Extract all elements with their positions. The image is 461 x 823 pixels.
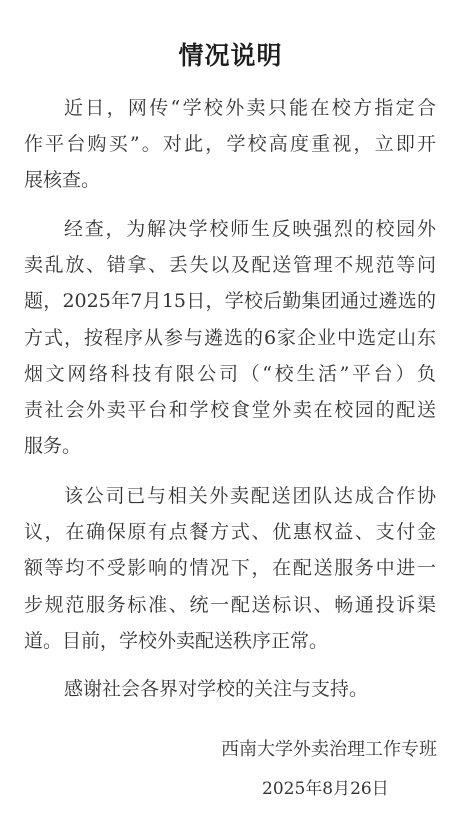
paragraph-3-line-5: 道。目前，学校外卖配送秩序正常。 bbox=[24, 629, 436, 653]
paragraph-2-line-7: 服务。 bbox=[24, 434, 436, 458]
paragraph-2-line-4: 方式，按程序从参与遴选的6家企业中选定山东 bbox=[24, 326, 436, 350]
paragraph-3-line-3: 额等均不受影响的情况下，在配送服务中进一 bbox=[24, 556, 436, 580]
document-date: 2025年8月26日 bbox=[262, 777, 389, 801]
paragraph-1-line-2: 作平台购买”。对此，学校高度重视，立即开 bbox=[24, 132, 436, 156]
signature: 西南大学外卖治理工作专班 bbox=[221, 738, 437, 762]
paragraph-1-line-1: 近日，网传“学校外卖只能在校方指定合 bbox=[64, 96, 436, 120]
paragraph-2-line-3: 题，2025年7月15日，学校后勤集团通过遴选的 bbox=[24, 289, 436, 313]
paragraph-2-line-6: 责社会外卖平台和学校食堂外卖在校园的配送 bbox=[24, 398, 436, 422]
paragraph-2-line-5: 烟文网络科技有限公司（“校生活”平台）负 bbox=[24, 362, 436, 386]
paragraph-2-line-2: 卖乱放、错拿、丢失以及配送管理不规范等问 bbox=[24, 253, 436, 277]
paragraph-1-line-3: 展核查。 bbox=[24, 168, 436, 192]
paragraph-3-line-2: 议，在确保原有点餐方式、优惠权益、支付金 bbox=[24, 520, 436, 544]
paragraph-3-line-4: 步规范服务标准、统一配送标识、畅通投诉渠 bbox=[24, 593, 436, 617]
document-title: 情况说明 bbox=[0, 36, 461, 72]
paragraph-4-line-1: 感谢社会各界对学校的关注与支持。 bbox=[64, 677, 436, 701]
document-page: 情况说明 近日，网传“学校外卖只能在校方指定合 作平台购买”。对此，学校高度重视… bbox=[0, 0, 461, 823]
paragraph-3-line-1: 该公司已与相关外卖配送团队达成合作协 bbox=[64, 484, 436, 508]
paragraph-2-line-1: 经查，为解决学校师生反映强烈的校园外 bbox=[64, 217, 436, 241]
